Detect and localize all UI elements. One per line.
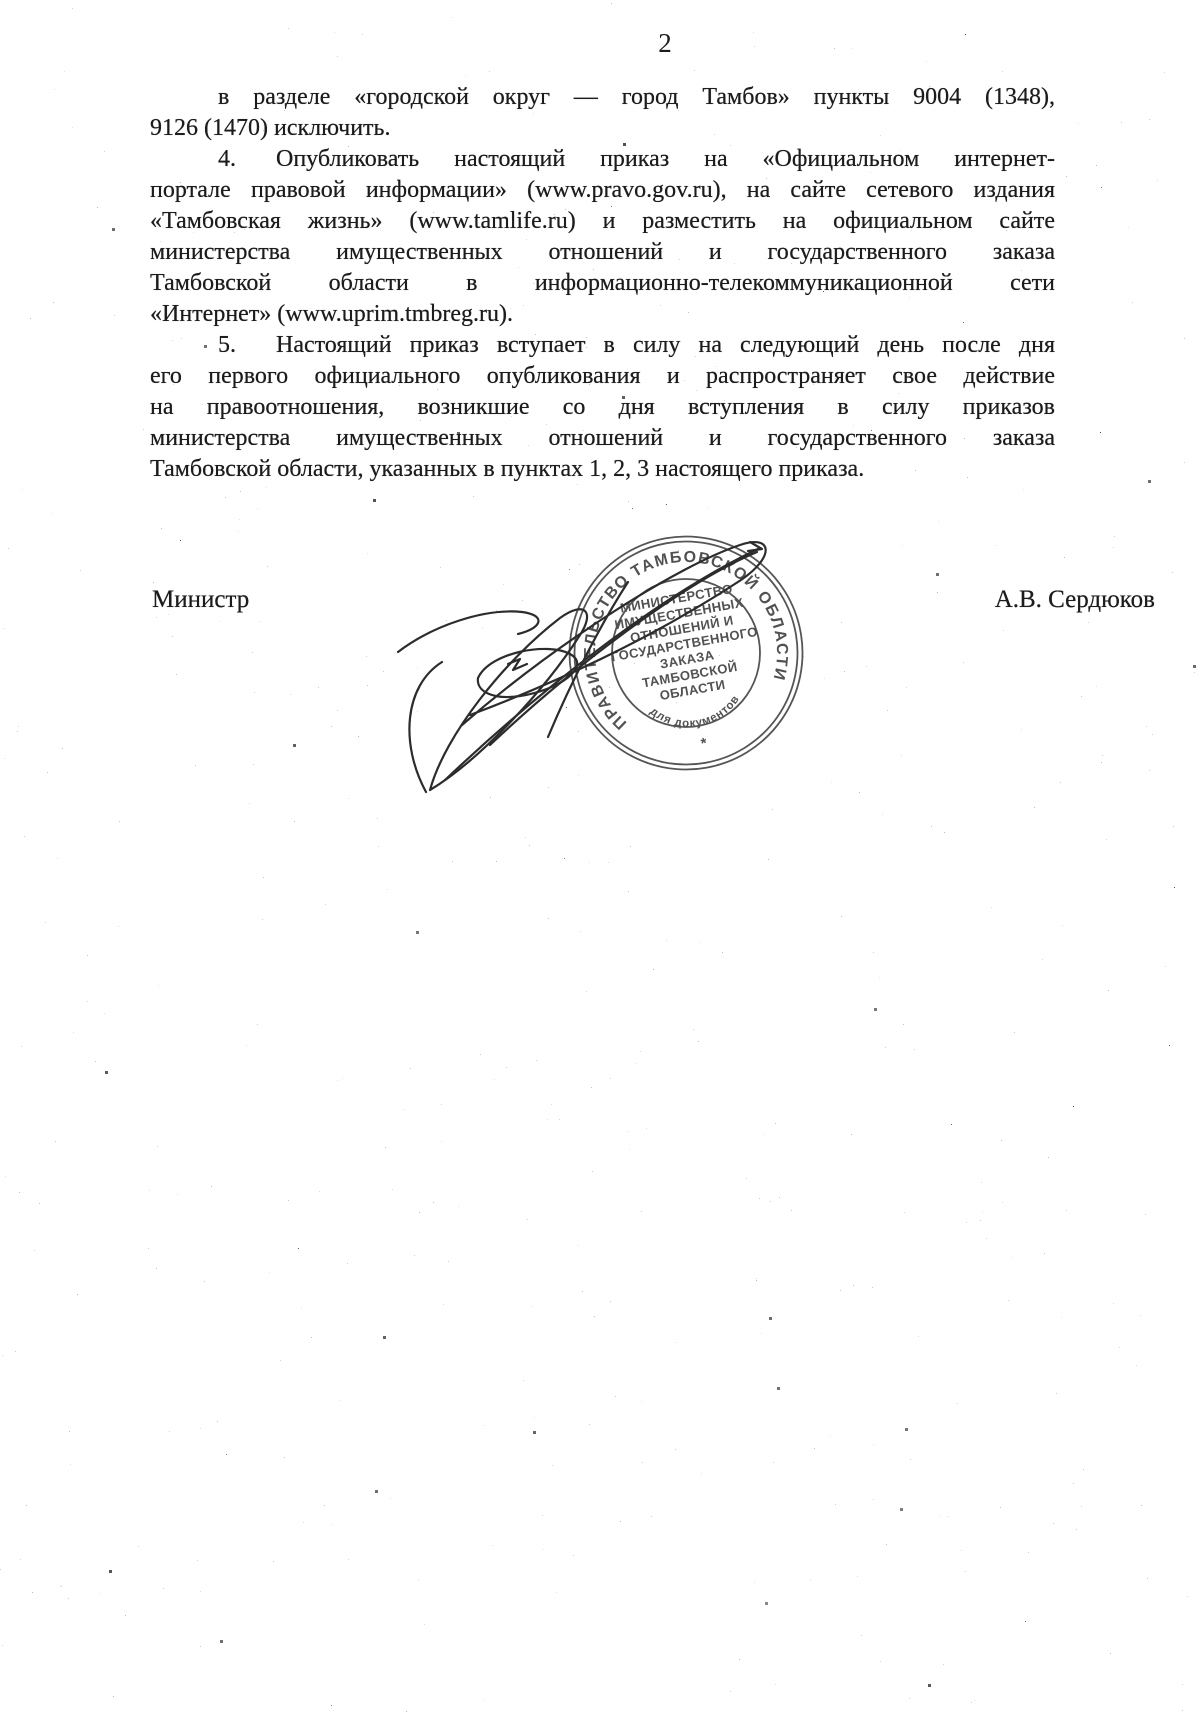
ministry-stamp: ПРАВИТЕЛЬСТВО ТАМБОВСКОЙ ОБЛАСТИ МИНИСТЕ… (551, 518, 821, 788)
text-line: на правоотношения, возникшие со дня всту… (150, 392, 1055, 423)
text-line: его первого официального опубликования и… (150, 361, 1055, 392)
text-line: министерства имущественных отношений и г… (150, 237, 1055, 268)
text-line: министерства имущественных отношений и г… (150, 423, 1055, 454)
text-line: 4.Опубликовать настоящий приказ на «Офиц… (150, 144, 1055, 175)
minister-title: Министр (152, 586, 249, 614)
page-number: 2 (0, 28, 1200, 59)
minister-name: А.В. Сердюков (995, 586, 1155, 614)
scan-noise (0, 0, 1, 1)
stamp-asterisk: * (700, 735, 709, 753)
scanned-document-page: 2 в разделе «городской округ — город Там… (0, 0, 1200, 1712)
document-body: в разделе «городской округ — город Тамбо… (150, 82, 1055, 485)
text-line: 9126 (1470) исключить. (150, 113, 1055, 144)
paragraph-number: 5. (218, 332, 236, 358)
text-line: в разделе «городской округ — город Тамбо… (150, 82, 1055, 113)
paragraph-number: 4. (218, 146, 236, 172)
stamp-and-signature: ПРАВИТЕЛЬСТВО ТАМБОВСКОЙ ОБЛАСТИ МИНИСТЕ… (380, 478, 850, 868)
text-line: Тамбовской области в информационно-телек… (150, 268, 1055, 299)
text-line: 5.Настоящий приказ вступает в силу на сл… (150, 330, 1055, 361)
text-line: портале правовой информации» (www.pravo.… (150, 175, 1055, 206)
text-line: «Интернет» (www.uprim.tmbreg.ru). (150, 299, 1055, 330)
text-line: «Тамбовская жизнь» (www.tamlife.ru) и ра… (150, 206, 1055, 237)
